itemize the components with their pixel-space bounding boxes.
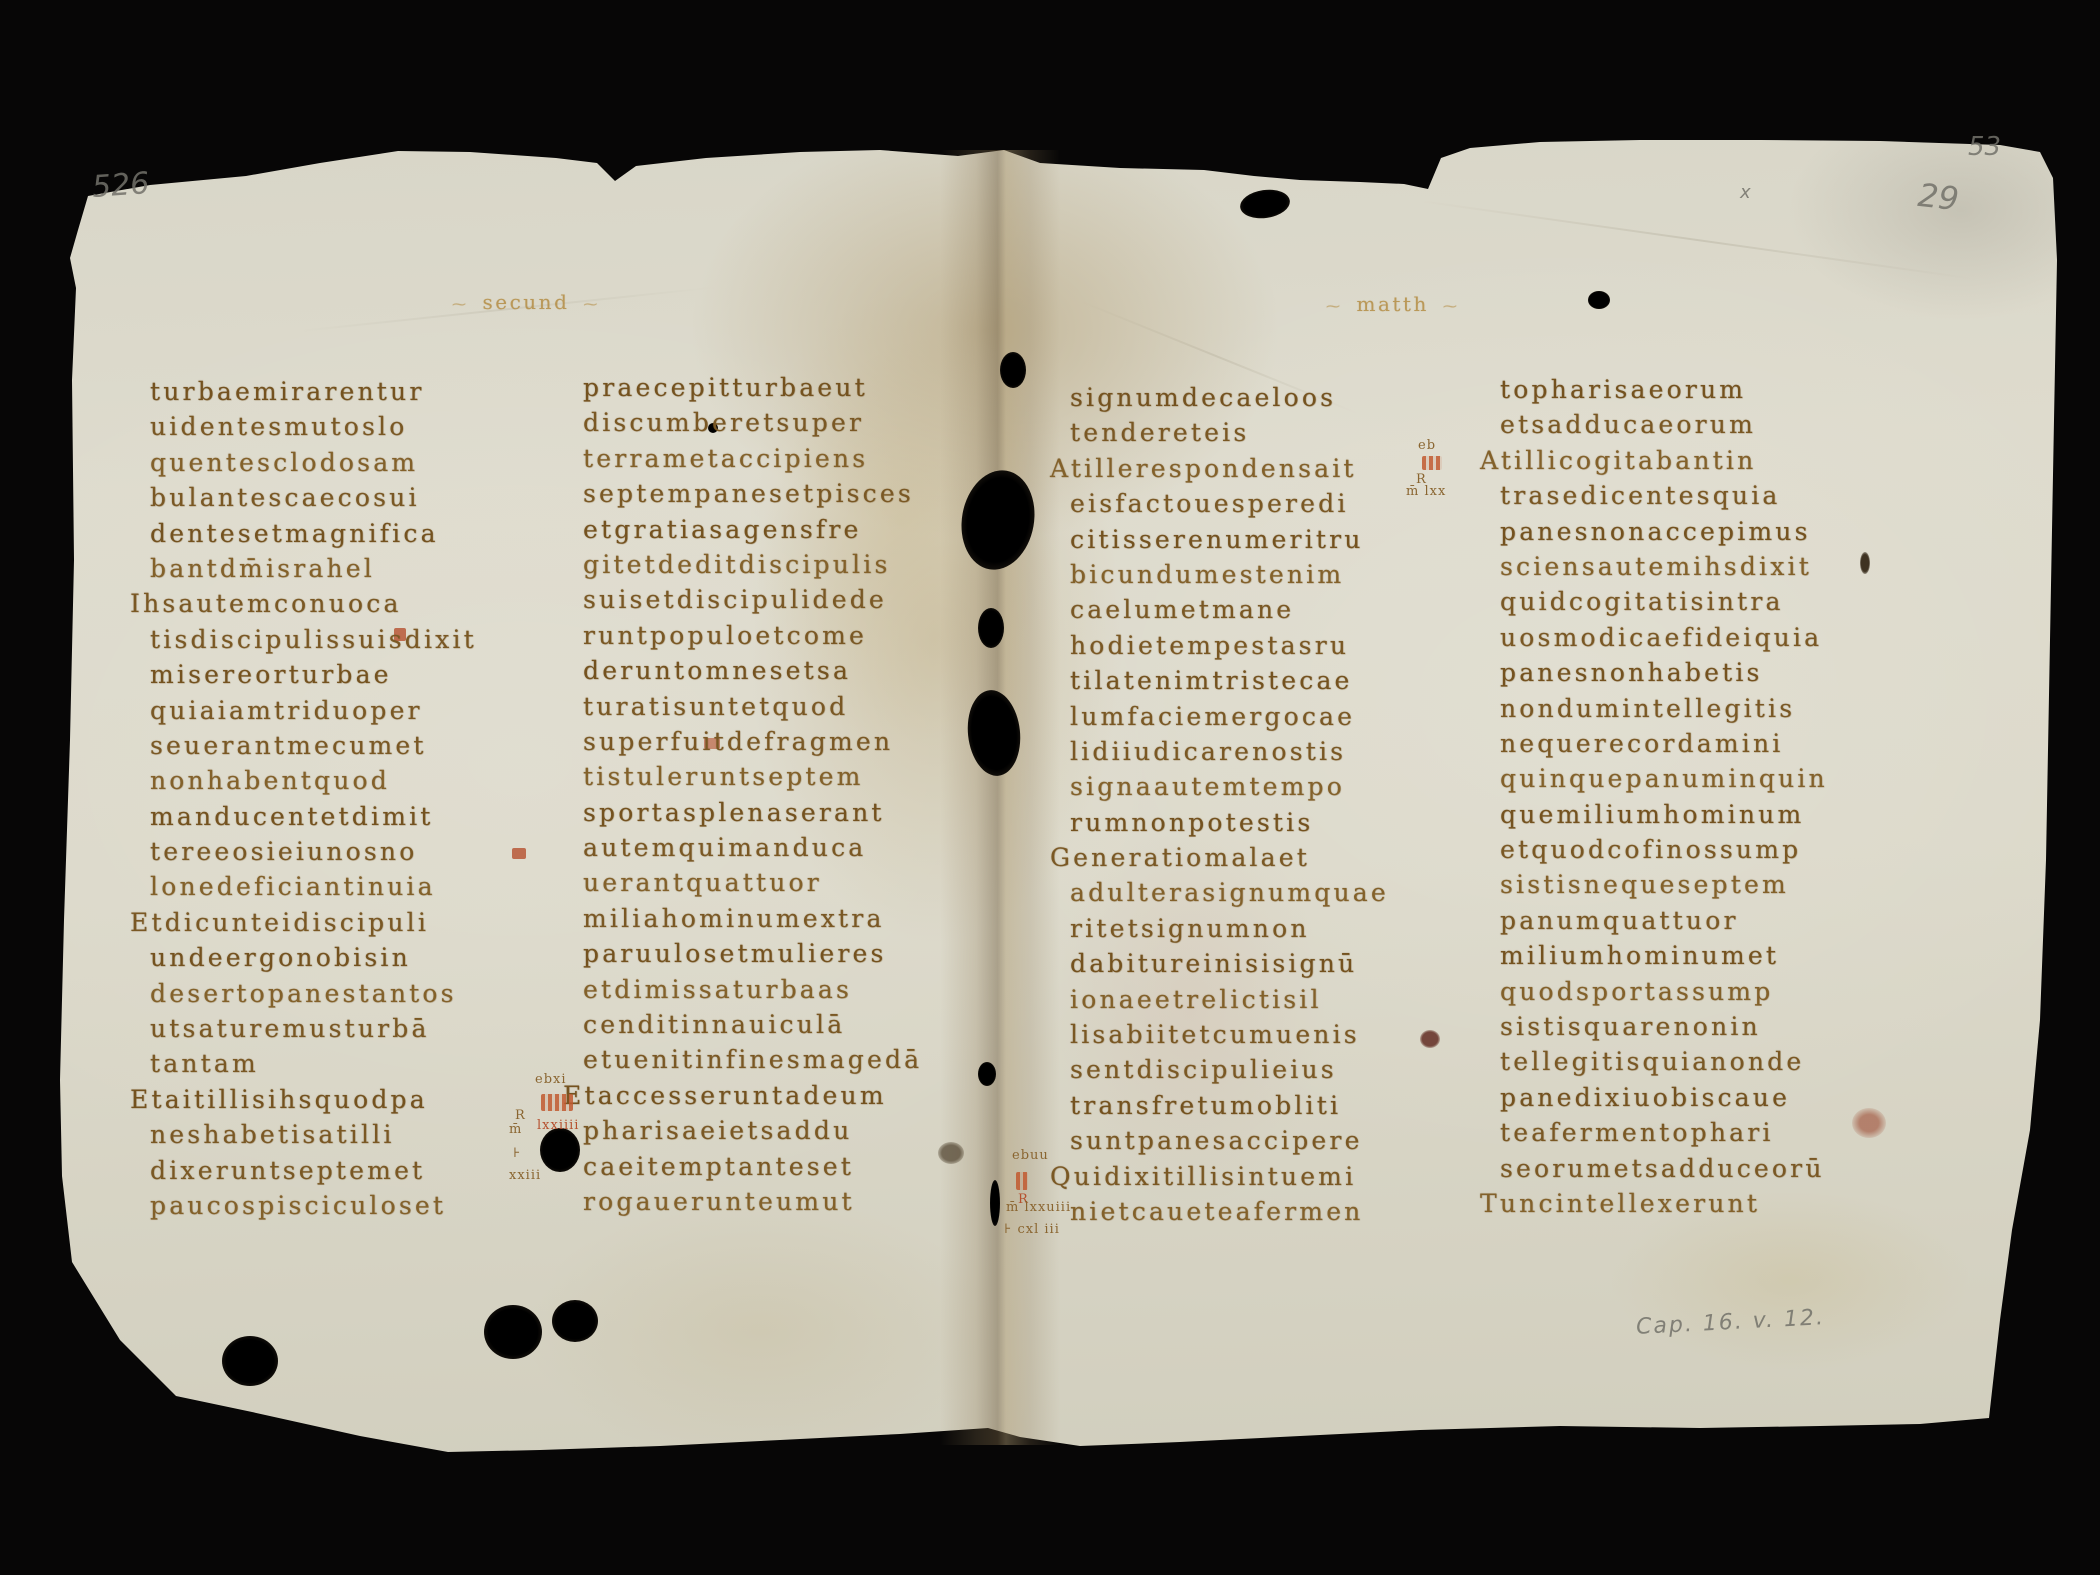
text-line: deruntomnesetsa [583, 653, 993, 688]
text-line: undeergonobisin [150, 940, 560, 975]
eusebian-number-below: xxiii [509, 1168, 541, 1183]
text-line: quentesclodosam [150, 445, 560, 480]
text-line: tereeosieiunosno [150, 834, 560, 869]
text-line: cenditinnauiculā [583, 1007, 993, 1042]
pencil-tick-mark: x [1740, 182, 1751, 203]
text-line: sportasplenaserant [583, 795, 993, 830]
text-line: gitetdeditdiscipulis [583, 547, 993, 582]
text-line: autemquimanduca [583, 830, 993, 865]
text-line: lidiiudicarenostis [1070, 734, 1480, 769]
eusebian-canon-line: m̄ lxxuiii [1006, 1200, 1071, 1215]
spine-tear [1000, 352, 1026, 388]
text-line: bulantescaecosui [150, 480, 560, 515]
text-line: miliahominumextra [583, 901, 993, 936]
text-line: turatisuntetquod [583, 689, 993, 724]
worm-hole [222, 1336, 278, 1386]
flourish-icon: ⁓ [569, 297, 614, 313]
flourish-icon: ⁓ [438, 297, 483, 313]
text-column-1: turbaemirarenturuidentesmutosloquentescl… [150, 374, 560, 1223]
text-line: uerantquattuor [583, 865, 993, 900]
text-column-2: praecepitturbaeutdiscumberetsuperterrame… [583, 370, 993, 1219]
text-line: Ihsautemconuoca [130, 586, 560, 621]
text-line: lumfaciemergocae [1070, 699, 1480, 734]
text-line: utsaturemusturbā [150, 1011, 560, 1046]
text-line: uidentesmutoslo [150, 409, 560, 444]
text-line: panedixiuobiscaue [1500, 1080, 1910, 1115]
text-line: Etdicunteidiscipuli [130, 905, 560, 940]
text-line: Quidixitillisintuemi [1050, 1159, 1480, 1194]
text-line: lisabiitetcumuenis [1070, 1017, 1480, 1052]
eusebian-letter-r: R [515, 1108, 526, 1123]
text-line: bantdm̄israhel [150, 551, 560, 586]
text-line: quidcogitatisintra [1500, 584, 1910, 619]
text-line: quinquepanuminquin [1500, 761, 1910, 796]
text-line: dentesetmagnifica [150, 516, 560, 551]
text-line: Atillicogitabantin [1480, 443, 1910, 478]
running-title-right-text: matth [1357, 292, 1429, 316]
text-line: miliumhominumet [1500, 938, 1910, 973]
text-line: tilatenimtristecae [1070, 663, 1480, 698]
flourish-icon: ⁓ [1312, 299, 1357, 315]
folio-number-top-right-below: 29 [1916, 176, 1960, 218]
text-column-4: topharisaeorumetsadducaeorumAtillicogita… [1500, 372, 1910, 1221]
worm-hole [1588, 291, 1610, 309]
text-line: nonhabentquod [150, 763, 560, 798]
text-line: citisserenumeritru [1070, 522, 1480, 557]
text-line: topharisaeorum [1500, 372, 1910, 407]
text-line: etsadducaeorum [1500, 407, 1910, 442]
flourish-icon: ⁓ [1429, 299, 1474, 315]
text-line: etquodcofinossump [1500, 832, 1910, 867]
text-line: sciensautemihsdixit [1500, 549, 1910, 584]
text-line: sistisquarenonin [1500, 1009, 1910, 1044]
text-line: signaautemtempo [1070, 769, 1480, 804]
text-line: Etaitillisihsquodpa [130, 1082, 560, 1117]
text-line: teafermentophari [1500, 1115, 1910, 1150]
text-line: manducentetdimit [150, 799, 560, 834]
eusebian-letter-m: m̄ [509, 1122, 522, 1137]
folio-number-top-left: 526 [91, 166, 151, 205]
text-line: etdimissaturbaas [583, 972, 993, 1007]
canon-number-red: lxxiiii [537, 1118, 579, 1133]
running-title-left-text: secund [483, 290, 570, 314]
text-line: paucospisciculoset [150, 1188, 560, 1223]
worm-hole [484, 1305, 542, 1359]
text-line: seuerantmecumet [150, 728, 560, 763]
text-line: tellegitisquianonde [1500, 1044, 1910, 1079]
text-column-3: signumdecaeloostendereteisAtilleresponde… [1070, 380, 1480, 1229]
text-line: rogauerunteumut [583, 1184, 993, 1219]
text-line: trasedicentesquia [1500, 478, 1910, 513]
text-line: signumdecaeloos [1070, 380, 1480, 415]
text-line: paruulosetmulieres [583, 936, 993, 971]
text-line: tisdiscipulissuisdixit [150, 622, 560, 657]
text-line: panumquattuor [1500, 903, 1910, 938]
text-line: praecepitturbaeut [583, 370, 993, 405]
text-line: tistuleruntseptem [583, 759, 993, 794]
running-title-left: ⁓secund⁓ [438, 290, 614, 314]
text-line: superfuitdefragmen [583, 724, 993, 759]
text-line: Generatiomalaet [1050, 840, 1480, 875]
text-line: septempanesetpisces [583, 476, 993, 511]
canon-number-block [1016, 1172, 1028, 1190]
text-line: Tuncintellexerunt [1480, 1186, 1910, 1221]
text-line: nequerecordamini [1500, 726, 1910, 761]
text-line: suisetdiscipulidede [583, 582, 993, 617]
eusebian-sigla: eb [1418, 438, 1436, 453]
text-line: caelumetmane [1070, 592, 1480, 627]
text-line: sentdiscipulieius [1070, 1052, 1480, 1087]
text-line: panesnonhabetis [1500, 655, 1910, 690]
text-line: transfretumobliti [1070, 1088, 1480, 1123]
eusebian-canon-line: m̄ lxx [1406, 484, 1446, 499]
text-line: bicundumestenim [1070, 557, 1480, 592]
text-line: adulterasignumquae [1070, 875, 1480, 910]
text-line: rumnonpotestis [1070, 805, 1480, 840]
text-line: quemiliumhominum [1500, 797, 1910, 832]
text-line: caeitemptanteset [583, 1149, 993, 1184]
text-line: misereorturbae [150, 657, 560, 692]
text-line: dabitureinisisignū [1070, 946, 1480, 981]
worm-hole [552, 1300, 598, 1342]
text-line: tantam [150, 1046, 560, 1081]
text-line: runtpopuloetcome [583, 618, 993, 653]
folio-number-top-right: 53 [1968, 132, 2001, 162]
eusebian-dash-line: ⊦ cxl iii [1004, 1222, 1060, 1237]
running-title-right: ⁓matth⁓ [1312, 292, 1473, 316]
text-line: ionaeetrelictisil [1070, 982, 1480, 1017]
text-line: suntpanesaccipere [1070, 1123, 1480, 1158]
text-line: panesnonaccepimus [1500, 514, 1910, 549]
text-line: nondumintellegitis [1500, 691, 1910, 726]
text-line: uosmodicaefideiquia [1500, 620, 1910, 655]
text-line: etuenitinfinesmagedā [583, 1042, 993, 1077]
text-line: neshabetisatilli [150, 1117, 560, 1152]
text-line: hodietempestasru [1070, 628, 1480, 663]
text-line: quiaiamtriduoper [150, 693, 560, 728]
text-line: dixeruntseptemet [150, 1153, 560, 1188]
text-line: seorumetsadduceorū [1500, 1151, 1910, 1186]
text-line: nietcaueteafermen [1070, 1194, 1480, 1229]
text-line: ritetsignumnon [1070, 911, 1480, 946]
canon-number-block [541, 1094, 573, 1111]
eusebian-dash: ⊦ [513, 1146, 521, 1161]
text-line: discumberetsuper [583, 405, 993, 440]
text-line: pharisaeietsaddu [583, 1113, 993, 1148]
text-line: terrametaccipiens [583, 441, 993, 476]
text-line: sistisnequeseptem [1500, 867, 1910, 902]
text-line: desertopanestantos [150, 976, 560, 1011]
text-line: lonedeficiantinuia [150, 869, 560, 904]
text-line: turbaemirarentur [150, 374, 560, 409]
text-line: quodsportassump [1500, 974, 1910, 1009]
eusebian-sigla: ebuu [1012, 1148, 1049, 1163]
text-line: Etaccesseruntadeum [563, 1078, 993, 1113]
canon-number-block [1422, 456, 1442, 470]
eusebian-sigla: ebxi [535, 1072, 567, 1087]
text-line: etgratiasagensfre [583, 512, 993, 547]
